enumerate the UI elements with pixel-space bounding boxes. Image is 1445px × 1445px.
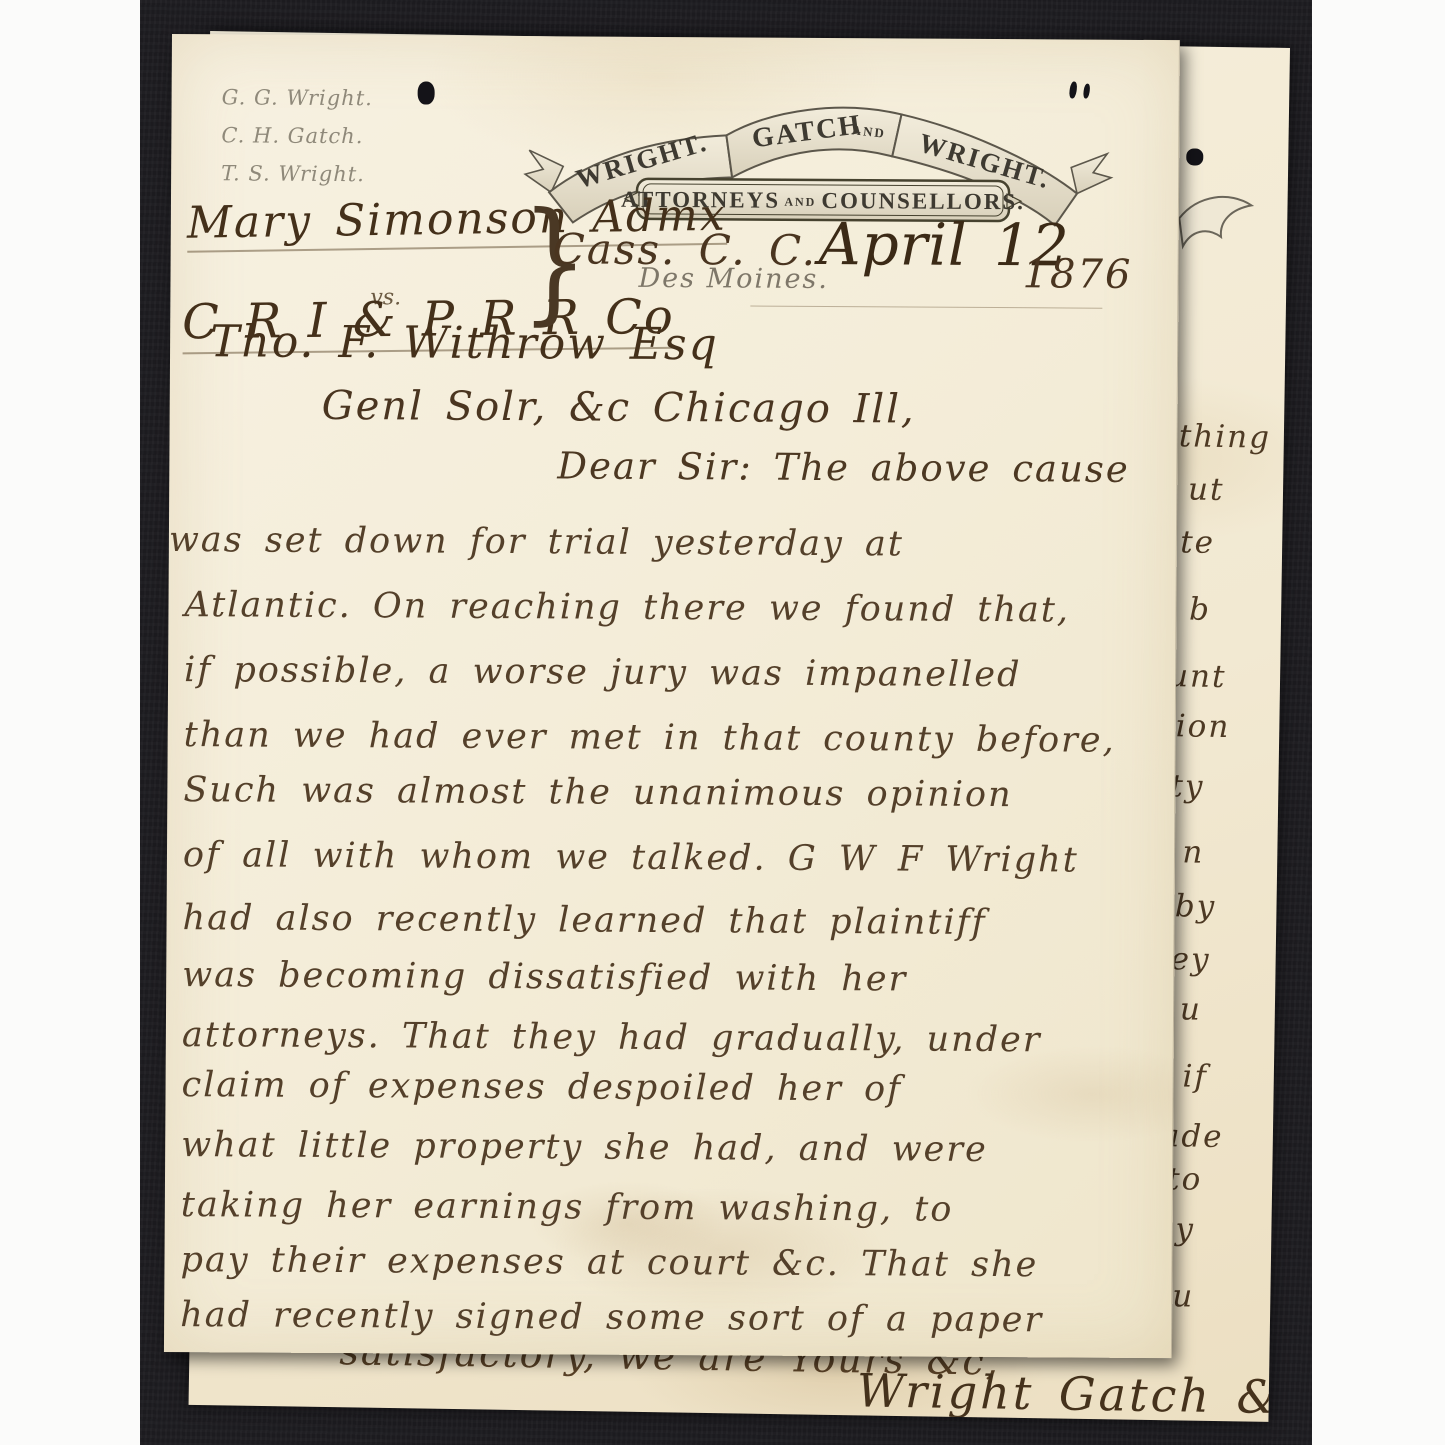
body-line: claim of expenses despoiled her of xyxy=(181,1065,902,1109)
body-line: pay their expenses at court &c. That she xyxy=(180,1240,1038,1285)
body-line: of all with whom we talked. G W F Wright xyxy=(183,835,1079,880)
signature: Wright Gatch & W. xyxy=(856,1363,1290,1421)
edge-fragment: u xyxy=(1180,991,1203,1027)
body-line: than we had ever met in that county befo… xyxy=(184,715,1116,761)
edge-fragment: te xyxy=(1180,524,1215,561)
edge-fragment: unt xyxy=(1168,658,1227,695)
letter-page-front: G. G. Wright.C. H. Gatch.T. S. Wright. W… xyxy=(164,34,1180,1358)
letter-body: was set down for trial yesterday atAtlan… xyxy=(164,34,1179,1358)
edge-fragment: n xyxy=(1182,834,1205,870)
body-line: Atlantic. On reaching there we found tha… xyxy=(184,585,1070,630)
edge-fragment: ey xyxy=(1170,941,1210,978)
body-line: attorneys. That they had gradually, unde… xyxy=(182,1015,1042,1060)
body-line: was becoming dissatisfied with her xyxy=(182,955,907,999)
body-line: what little property she had, and were xyxy=(181,1125,988,1170)
body-line: was set down for trial yesterday at xyxy=(169,520,904,564)
body-line: had also recently learned that plaintiff xyxy=(182,898,986,943)
edge-fragment: ut xyxy=(1188,471,1225,508)
body-line: Such was almost the unanimous opinion xyxy=(183,770,1012,815)
photo-backdrop: { "photo": { "backdrop_color": "#fbfbfa"… xyxy=(0,0,1445,1445)
body-line: had recently signed some sort of a paper xyxy=(180,1295,1043,1340)
body-line: taking her earnings from washing, to xyxy=(181,1185,954,1230)
edge-fragment: thing xyxy=(1179,418,1272,455)
edge-fragment: b xyxy=(1189,591,1211,627)
body-line: if possible, a worse jury was impanelled xyxy=(184,650,1022,695)
